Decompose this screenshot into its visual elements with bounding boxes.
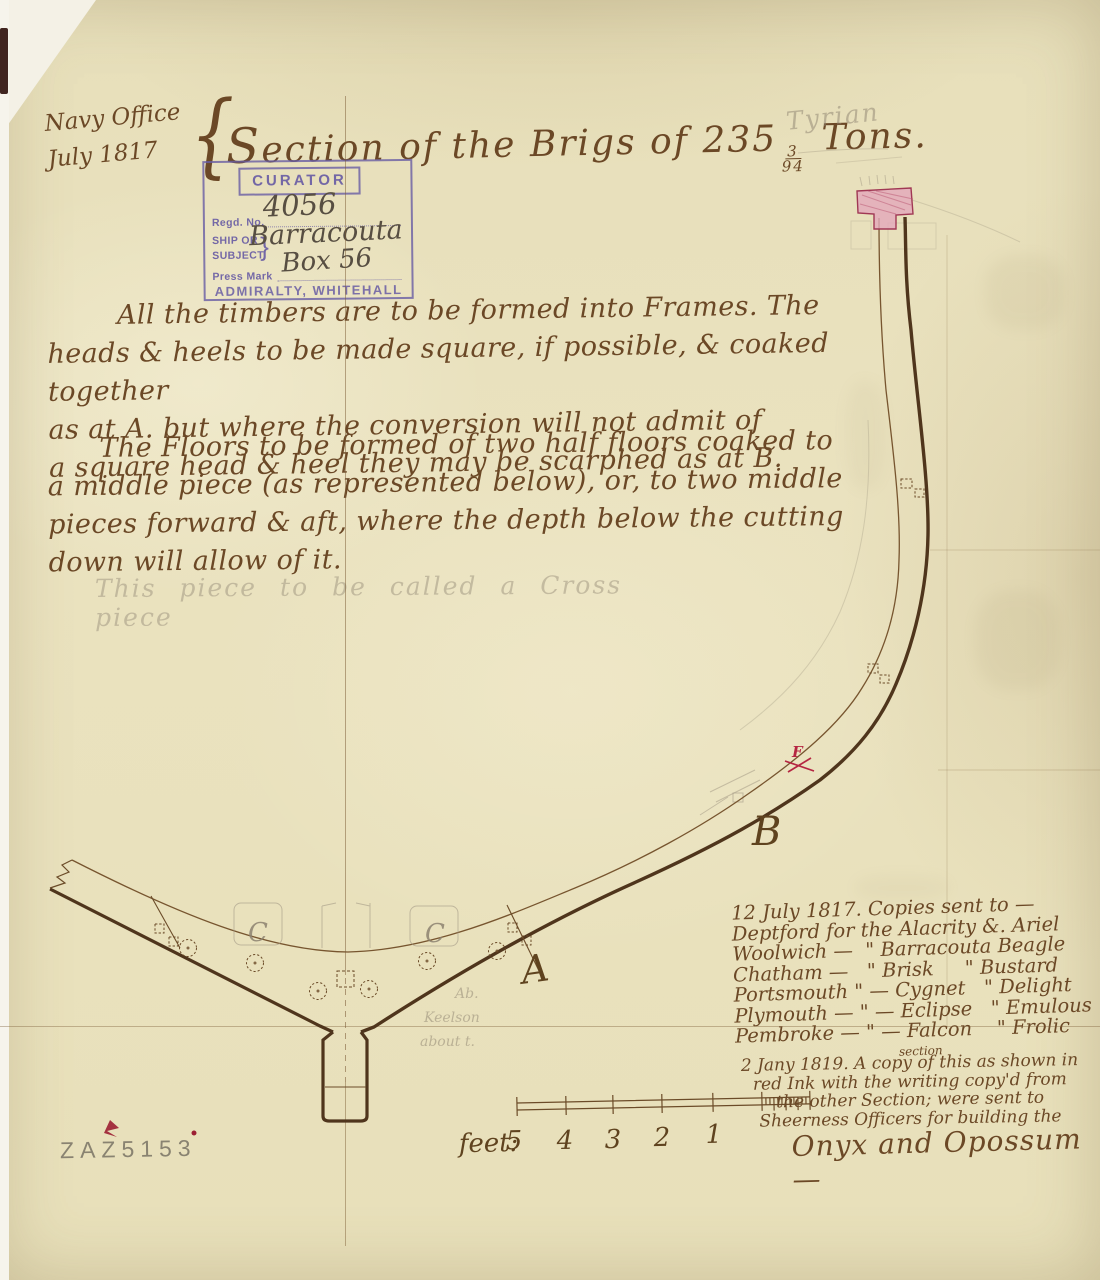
hull-section-drawing: A B C C F feet: 5 4 3 2 1 [0, 0, 1100, 1280]
scale-tick-1: 1 [705, 1120, 722, 1150]
scale-tick-4: 4 [555, 1126, 573, 1156]
frame-outline [50, 217, 928, 1032]
label-c1: C [248, 918, 268, 948]
label-b: B [751, 809, 781, 855]
scale-bar: feet: 5 4 3 2 1 [456, 1091, 811, 1159]
label-a: A [515, 945, 551, 993]
pencil-sketch-lines [700, 149, 1020, 815]
bolt-centers [187, 947, 499, 993]
ship-plan-document: Navy Office July 1817 { Section of the B… [0, 0, 1100, 1280]
construction-lines [0, 96, 1100, 1246]
scale-tick-5: 5 [505, 1126, 522, 1156]
label-f: F [791, 743, 804, 761]
coak-squares [155, 479, 924, 987]
red-marks [104, 758, 814, 1137]
scale-tick-3: 3 [604, 1125, 621, 1155]
scale-tick-2: 2 [652, 1123, 670, 1153]
label-c2: C [425, 919, 445, 949]
bolt-marks [180, 940, 506, 1000]
butt-joint-lines [151, 896, 542, 977]
